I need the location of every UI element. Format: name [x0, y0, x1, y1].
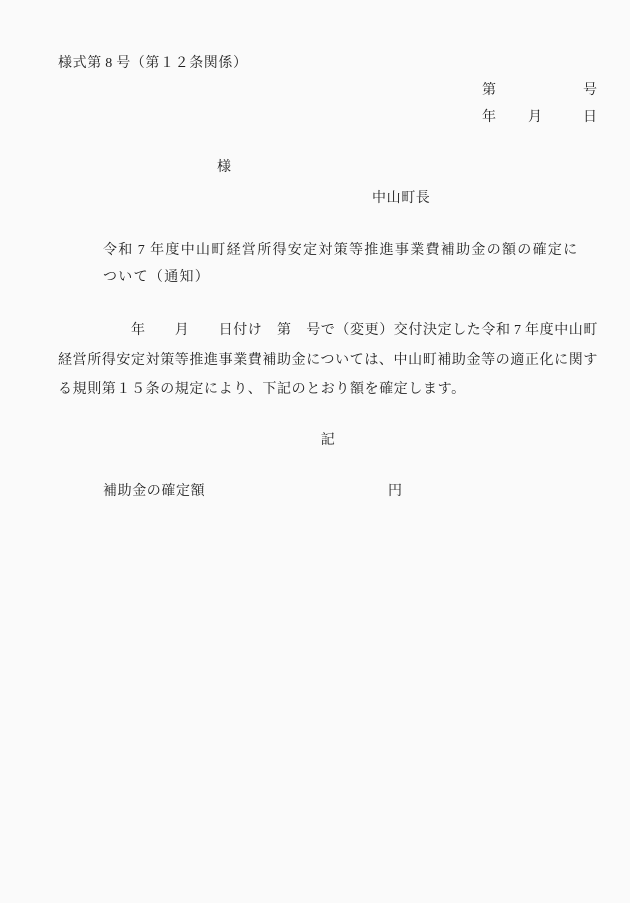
- date-month-label: 月: [528, 110, 543, 126]
- date-day-label: 日: [583, 110, 598, 126]
- sender-name: 中山町長: [372, 191, 430, 207]
- document-page: 様式第 8 号（第１２条関係） 第 号 年 月 日 様 中山町長 令和 7 年度…: [0, 0, 630, 903]
- subsidy-amount-label: 補助金の確定額: [103, 484, 205, 500]
- form-number-label: 様式第 8 号（第１２条関係）: [58, 56, 248, 72]
- document-title-line1: 令和 7 年度中山町経営所得安定対策等推進事業費補助金の額の確定に: [103, 243, 579, 259]
- document-number-prefix: 第: [482, 83, 497, 99]
- date-year-label: 年: [482, 110, 497, 126]
- addressee-honorific: 様: [217, 160, 232, 176]
- body-paragraph-line2: 経営所得安定対策等推進事業費補助金については、中山町補助金等の適正化に関す: [58, 353, 598, 369]
- section-marker-ki: 記: [58, 433, 598, 449]
- subsidy-amount-unit-yen: 円: [388, 484, 403, 500]
- document-title-line2: ついて（通知）: [103, 270, 210, 286]
- body-paragraph-line1: 年 月 日付け 第 号で（変更）交付決定した令和 7 年度中山町: [58, 323, 598, 339]
- document-number-suffix: 号: [583, 83, 598, 99]
- body-paragraph-line3: る規則第１５条の規定により、下記のとおり額を確定します。: [58, 382, 466, 398]
